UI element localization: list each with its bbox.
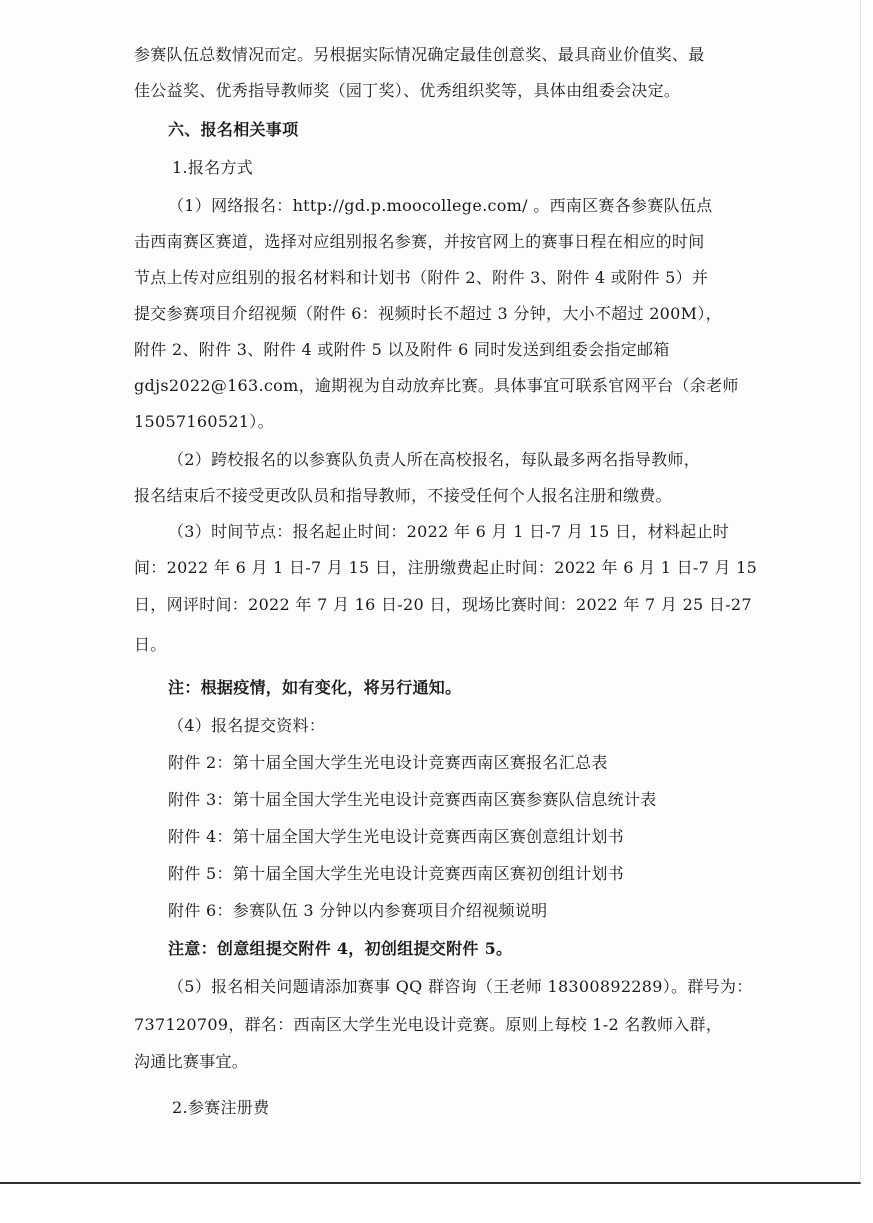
subsection-heading: 2.参赛注册费 [172,1098,269,1118]
paragraph-line: 间：2022 年 6 月 1 日-7 月 15 日，注册缴费起止时间：2022 … [134,558,757,578]
paragraph-line: 击西南赛区赛道，选择对应组别报名参赛，并按官网上的赛事日程在相应的时间 [134,232,705,252]
paragraph-line: 日，网评时间：2022 年 7 月 16 日-20 日，现场比赛时间：2022 … [134,595,752,615]
paragraph-line: （4）报名提交资料： [168,716,325,736]
paragraph-line: （2）跨校报名的以参赛队负责人所在高校报名，每队最多两名指导教师， [168,450,700,470]
attachment-item: 附件 2：第十届全国大学生光电设计竞赛西南区赛报名汇总表 [168,753,608,773]
paragraph-line: 日。 [134,635,167,655]
scanned-page: 参赛队伍总数情况而定。另根据实际情况确定最佳创意奖、最具商业价值奖、最 佳公益奖… [0,0,861,1184]
paragraph-line: （1）网络报名：http://gd.p.moocollege.com/ 。西南区… [168,196,713,216]
attachment-item: 附件 4：第十届全国大学生光电设计竞赛西南区赛创意组计划书 [168,827,624,847]
paragraph-line: （3）时间节点：报名起止时间：2022 年 6 月 1 日-7 月 15 日，材… [168,522,729,542]
paragraph-line: 附件 2、附件 3、附件 4 或附件 5 以及附件 6 同时发送到组委会指定邮箱 [134,340,670,360]
paragraph-line: 沟通比赛事宜。 [134,1052,248,1072]
paragraph-line: （5）报名相关问题请添加赛事 QQ 群咨询（王老师 18300892289）。群… [168,977,753,997]
paragraph-line: gdjs2022@163.com，逾期视为自动放弃比赛。具体事宜可联系官网平台（… [134,376,739,396]
section-heading: 六、报名相关事项 [168,120,298,140]
subsection-heading: 1.报名方式 [172,158,253,178]
paragraph-line: 佳公益奖、优秀指导教师奖（园丁奖）、优秀组织奖等，具体由组委会决定。 [134,81,680,101]
paragraph-line: 参赛队伍总数情况而定。另根据实际情况确定最佳创意奖、最具商业价值奖、最 [134,45,705,65]
attachment-item: 附件 5：第十届全国大学生光电设计竞赛西南区赛初创组计划书 [168,864,624,884]
attachment-item: 附件 6：参赛队伍 3 分钟以内参赛项目介绍视频说明 [168,901,547,921]
paragraph-line: 737120709，群名：西南区大学生光电设计竞赛。原则上每校 1-2 名教师入… [134,1015,722,1035]
notice-line: 注：根据疫情，如有变化，将另行通知。 [168,678,461,698]
paragraph-line: 15057160521）。 [134,412,274,432]
paragraph-line: 节点上传对应组别的报名材料和计划书（附件 2、附件 3、附件 4 或附件 5）并 [134,268,708,288]
attachment-item: 附件 3：第十届全国大学生光电设计竞赛西南区赛参赛队信息统计表 [168,790,657,810]
paragraph-line: 提交参赛项目介绍视频（附件 6：视频时长不超过 3 分钟，大小不超过 200M）… [134,304,722,324]
notice-line: 注意：创意组提交附件 4，初创组提交附件 5。 [168,939,512,959]
paragraph-line: 报名结束后不接受更改队员和指导教师，不接受任何个人报名注册和缴费。 [134,486,672,506]
